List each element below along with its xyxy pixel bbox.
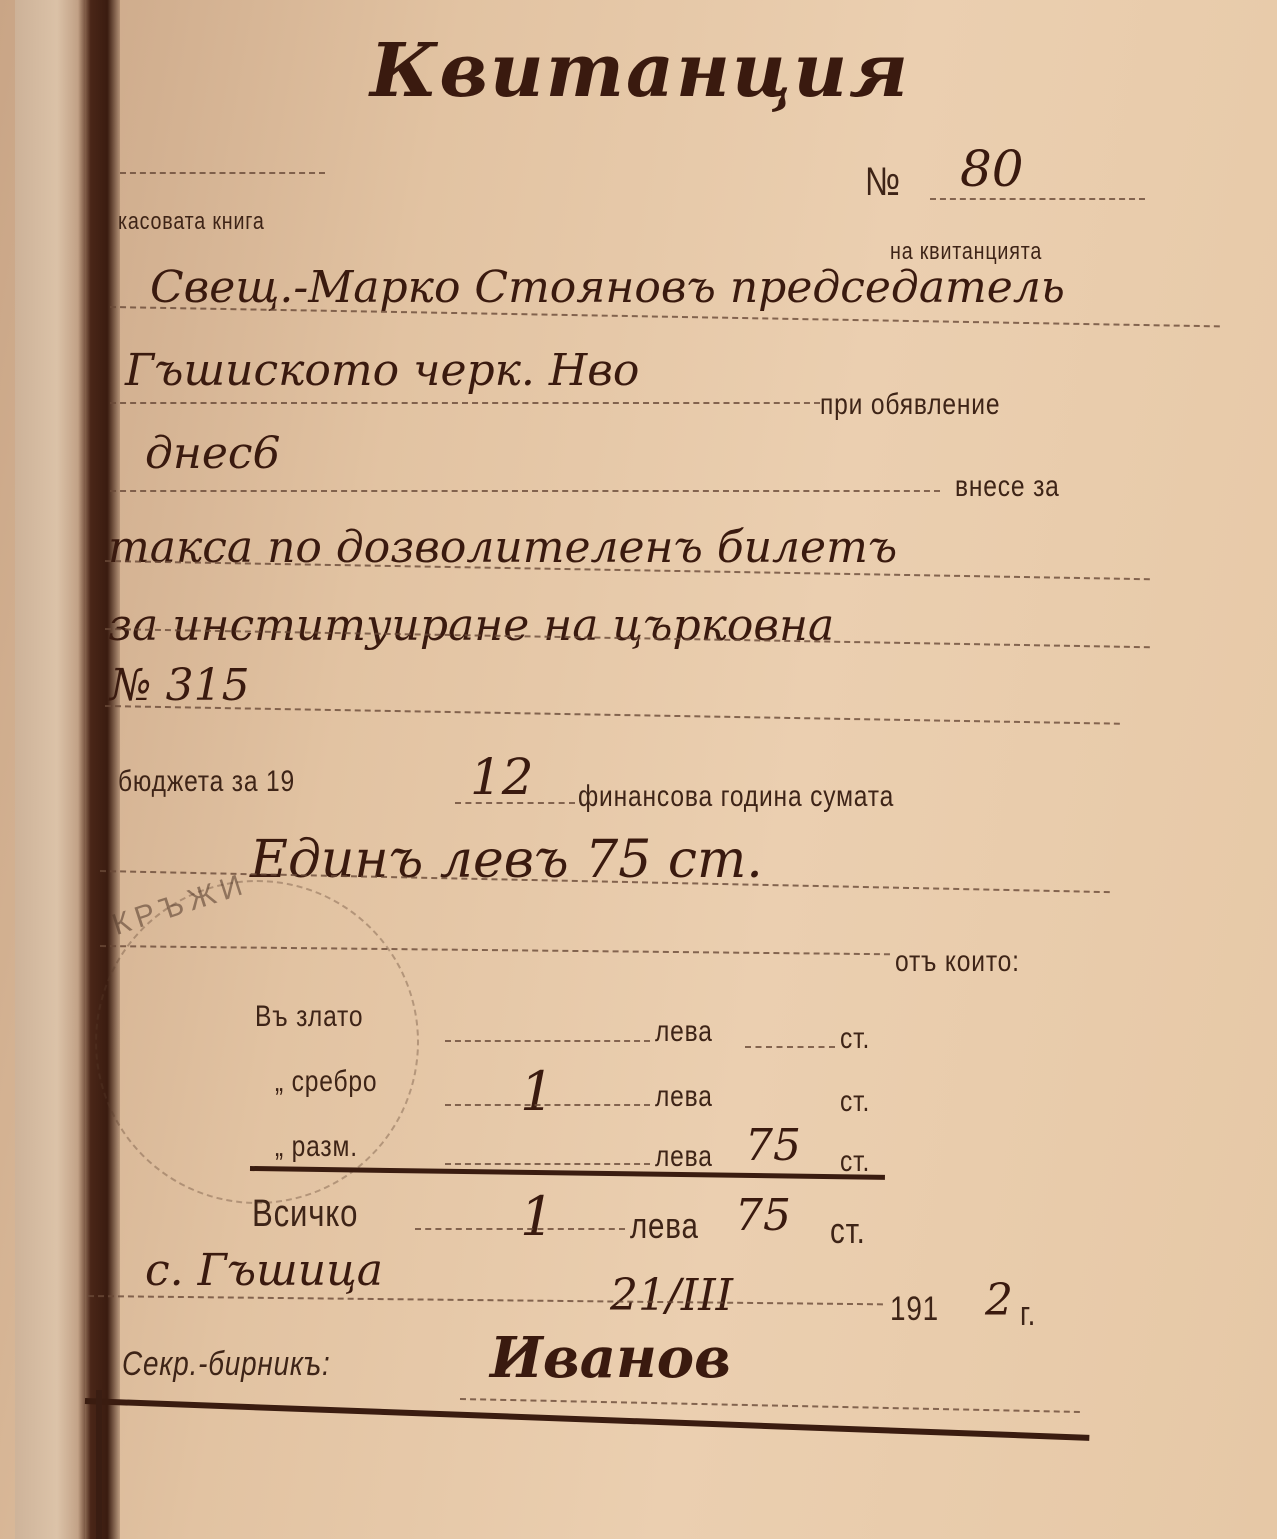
gold-leva-line xyxy=(445,1040,650,1042)
of-which-label: отъ които: xyxy=(895,945,1020,979)
purpose-line-1: такса по дозволителенъ билетъ xyxy=(108,522,897,573)
date-value: 21/III xyxy=(610,1270,733,1321)
gold-st-label: ст. xyxy=(840,1022,870,1056)
left-margin-stub xyxy=(15,0,85,1539)
payer-line-2: Гъшиското черк. Нво xyxy=(125,345,639,396)
total-leva-value: 1 xyxy=(520,1185,554,1248)
year-suffix: 2 xyxy=(985,1275,1013,1326)
total-label: Всичко xyxy=(252,1193,358,1236)
budget-label: бюджета за 19 xyxy=(118,765,295,799)
payer-line-2-dots xyxy=(110,402,820,404)
gold-leva-label: лева xyxy=(655,1015,713,1049)
gold-st-line xyxy=(745,1046,835,1048)
change-leva-line xyxy=(445,1163,650,1165)
paid-for-label: внесе за xyxy=(955,470,1060,504)
receipt-number: 80 xyxy=(960,140,1024,198)
cashbook-line xyxy=(120,172,325,174)
silver-leva-label: лева xyxy=(655,1080,713,1114)
signature: Иванов xyxy=(490,1325,731,1391)
total-leva-line xyxy=(415,1228,625,1230)
budget-year-line xyxy=(455,802,575,804)
budget-year: 12 xyxy=(470,748,534,806)
declaration-value: днес6 xyxy=(145,428,281,479)
gold-label: Въ злато xyxy=(255,1000,363,1034)
total-st-value: 75 xyxy=(735,1190,791,1241)
place-date-line xyxy=(88,1295,883,1305)
year-label: г. xyxy=(1020,1295,1036,1334)
signature-line xyxy=(460,1398,1080,1413)
change-leva-label: лева xyxy=(655,1140,713,1174)
number-line xyxy=(930,198,1145,200)
form-frame-left xyxy=(96,1390,102,1539)
payer-line-1: Свещ.-Марко Стояновъ председатель xyxy=(150,262,1065,313)
silver-st-label: ст. xyxy=(840,1085,870,1119)
declaration-line xyxy=(110,490,940,492)
change-label: „ разм. xyxy=(275,1130,358,1164)
fiscal-year-label: финансова година сумата xyxy=(578,780,894,814)
year-prefix: 191 xyxy=(890,1290,939,1329)
receipt-page: Квитанция № 80 касовата книга на квитанц… xyxy=(0,0,1277,1539)
amount-in-words: Единъ левъ 75 ст. xyxy=(250,830,763,890)
silver-leva-line xyxy=(445,1104,650,1106)
total-leva-label: лева xyxy=(630,1205,699,1247)
cashbook-label: касовата книга xyxy=(118,208,265,236)
silver-label: „ сребро xyxy=(275,1065,377,1099)
purpose-line-2: за институиране на църковна xyxy=(108,600,834,651)
silver-leva-value: 1 xyxy=(520,1060,554,1123)
bottom-rule xyxy=(85,1398,1090,1441)
receipt-title: Квитанция xyxy=(370,28,910,114)
number-label: № xyxy=(865,160,901,205)
purpose-line-3-dots xyxy=(105,705,1120,725)
change-st-value: 75 xyxy=(745,1120,801,1171)
purpose-line-3: № 315 xyxy=(110,660,250,711)
total-st-label: ст. xyxy=(830,1210,866,1252)
binding-spine xyxy=(78,0,120,1539)
signatory-label: Секр.-бирникъ: xyxy=(122,1345,331,1384)
place-value: с. Гъшица xyxy=(145,1245,383,1296)
declaration-label: при обявление xyxy=(820,388,1000,422)
